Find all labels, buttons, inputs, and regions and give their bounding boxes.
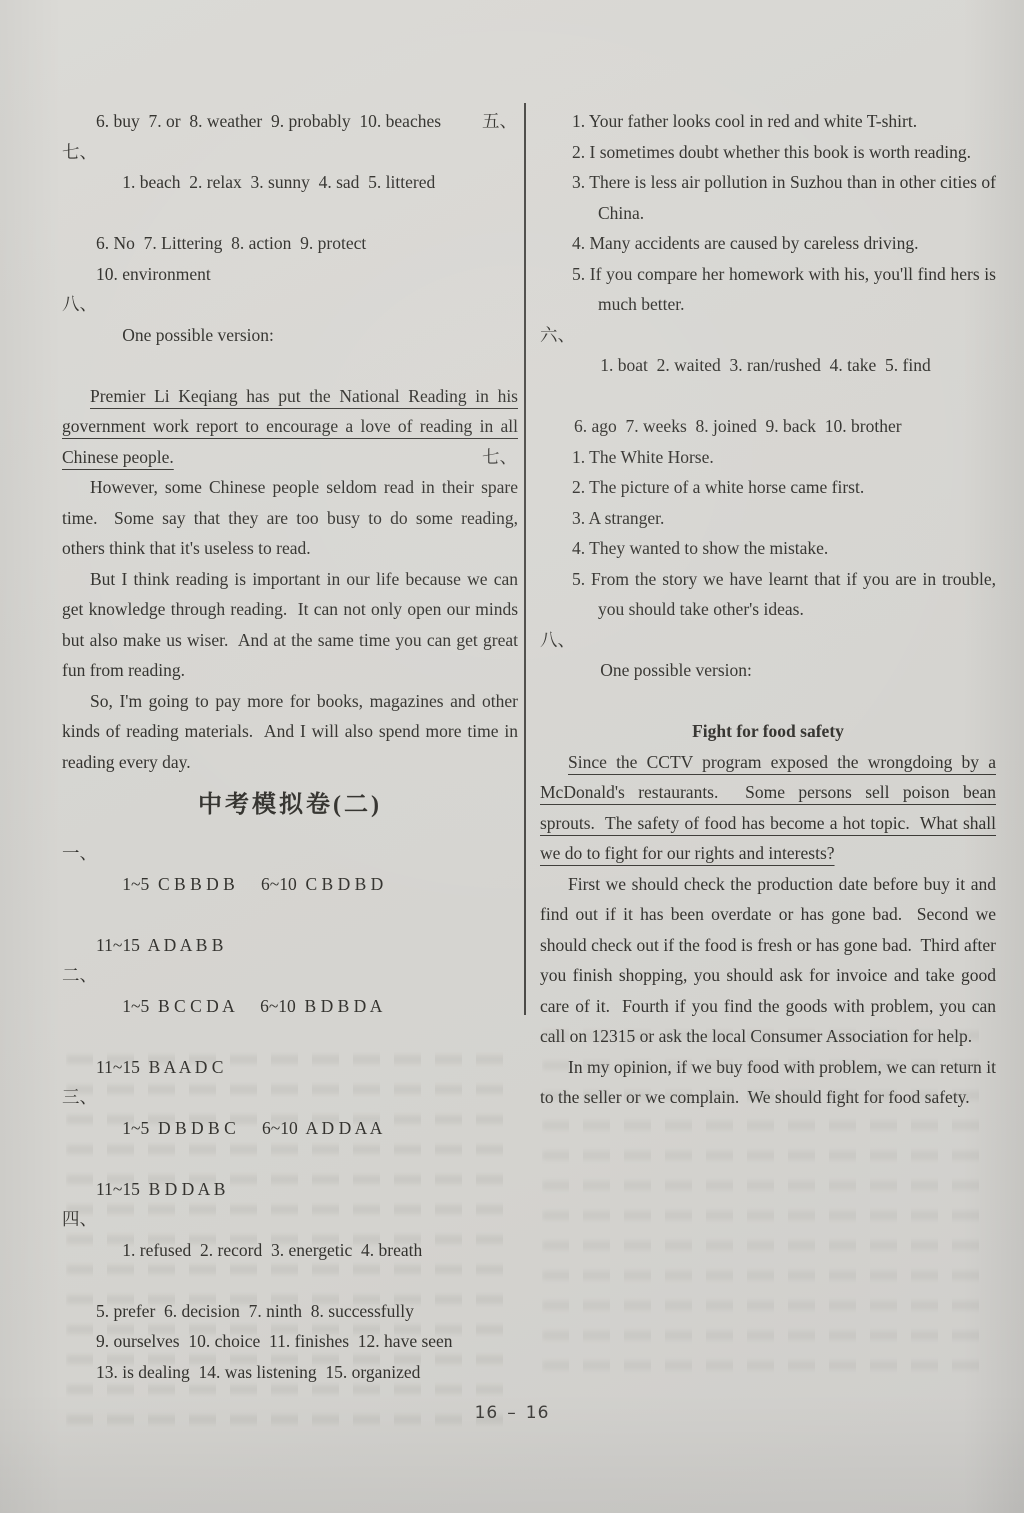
essay-title: Fight for food safety: [540, 716, 996, 747]
numbered-answer-item: 5. If you compare her homework with his,…: [540, 259, 996, 320]
numbered-answer-item: 4. They wanted to show the mistake.: [540, 533, 996, 564]
answer-items-line: 6. ago 7. weeks 8. joined 9. back 10. br…: [540, 411, 996, 442]
section-marker: 四、: [62, 1204, 97, 1235]
answer-letters: 11~15 B D D A B: [62, 1174, 518, 1205]
numbered-answer-item: 七、1. The White Horse.: [540, 442, 996, 473]
footer-unit-number: 16: [475, 1403, 499, 1423]
section-marker: 八、: [62, 289, 97, 320]
numbered-answer-item: 五、1. Your father looks cool in red and w…: [540, 106, 996, 137]
essay-paragraph: First we should check the production dat…: [540, 869, 996, 1052]
essay-paragraph: However, some Chinese people seldom read…: [62, 472, 518, 564]
section-marker: 五、: [482, 106, 517, 137]
numbered-answer-item: 2. The picture of a white horse came fir…: [540, 472, 996, 503]
left-column: 6. buy 7. or 8. weather 9. probably 10. …: [62, 106, 518, 1387]
essay-paragraph: In my opinion, if we buy food with probl…: [540, 1052, 996, 1113]
essay-paragraph-underlined: Since the CCTV program exposed the wrong…: [540, 747, 996, 869]
answer-sentence: 1. The White Horse.: [572, 447, 714, 467]
footer-page-number: 16 – 16: [0, 1403, 1024, 1423]
answer-letters: 11~15 B A A D C: [62, 1052, 518, 1083]
section-marker: 六、: [540, 320, 575, 351]
section-label: One possible version:: [122, 325, 274, 345]
answer-items-line: 6. No 7. Littering 8. action 9. protect: [62, 228, 518, 259]
footer-dash: –: [507, 1403, 517, 1423]
scanned-answer-key-page: 6. buy 7. or 8. weather 9. probably 10. …: [0, 0, 1024, 1513]
answer-grid-row: 一、1~5 C B B D B 6~10 C B D B D: [62, 838, 518, 930]
section-8-row: 八、One possible version:: [540, 625, 996, 717]
essay-paragraph: But I think reading is important in our …: [62, 564, 518, 686]
section-4-row: 四、1. refused 2. record 3. energetic 4. b…: [62, 1204, 518, 1296]
answer-items-line: 1. refused 2. record 3. energetic 4. bre…: [122, 1240, 422, 1260]
section-7-row: 七、1. beach 2. relax 3. sunny 4. sad 5. l…: [62, 137, 518, 229]
section-marker: 七、: [62, 137, 97, 168]
right-column: 五、1. Your father looks cool in red and w…: [540, 106, 996, 1113]
answer-letters: 1~5 B C C D A 6~10 B D B D A: [122, 996, 382, 1016]
section-marker: 八、: [540, 625, 575, 656]
footer-page: 16: [526, 1403, 550, 1423]
section-label: One possible version:: [600, 660, 752, 680]
numbered-answer-item: 3. There is less air pollution in Suzhou…: [540, 167, 996, 228]
answer-items-line: 13. is dealing 14. was listening 15. org…: [62, 1357, 518, 1388]
section-6-row: 六、1. boat 2. waited 3. ran/rushed 4. tak…: [540, 320, 996, 412]
answer-items-line: 1. beach 2. relax 3. sunny 4. sad 5. lit…: [122, 172, 435, 192]
numbered-answer-item: 5. From the story we have learnt that if…: [540, 564, 996, 625]
numbered-answer-item: 2. I sometimes doubt whether this book i…: [540, 137, 996, 168]
essay-paragraph: So, I'm going to pay more for books, mag…: [62, 686, 518, 778]
answer-sentence: 1. Your father looks cool in red and whi…: [572, 111, 917, 131]
answer-letters: 1~5 D B D B C 6~10 A D D A A: [122, 1118, 382, 1138]
answer-items-line: 1. boat 2. waited 3. ran/rushed 4. take …: [600, 355, 930, 375]
answer-letters: 1~5 C B B D B 6~10 C B D B D: [122, 874, 383, 894]
column-divider-rule: [524, 103, 526, 1015]
answer-items-line: 6. buy 7. or 8. weather 9. probably 10. …: [62, 106, 518, 137]
answer-items-line: 9. ourselves 10. choice 11. finishes 12.…: [62, 1326, 518, 1357]
section-marker: 七、: [482, 442, 517, 473]
numbered-answer-item: 3. A stranger.: [540, 503, 996, 534]
answer-items-line: 5. prefer 6. decision 7. ninth 8. succes…: [62, 1296, 518, 1327]
answer-items-line: 10. environment: [62, 259, 518, 290]
answer-grid-row: 三、1~5 D B D B C 6~10 A D D A A: [62, 1082, 518, 1174]
section-marker: 一、: [62, 838, 97, 869]
section-8-row: 八、One possible version:: [62, 289, 518, 381]
essay-paragraph-underlined: Premier Li Keqiang has put the National …: [62, 381, 518, 473]
answer-grid-row: 二、1~5 B C C D A 6~10 B D B D A: [62, 960, 518, 1052]
exam-title: 中考模拟卷(二): [62, 785, 518, 825]
section-marker: 三、: [62, 1082, 97, 1113]
numbered-answer-item: 4. Many accidents are caused by careless…: [540, 228, 996, 259]
section-marker: 二、: [62, 960, 97, 991]
answer-letters: 11~15 A D A B B: [62, 930, 518, 961]
